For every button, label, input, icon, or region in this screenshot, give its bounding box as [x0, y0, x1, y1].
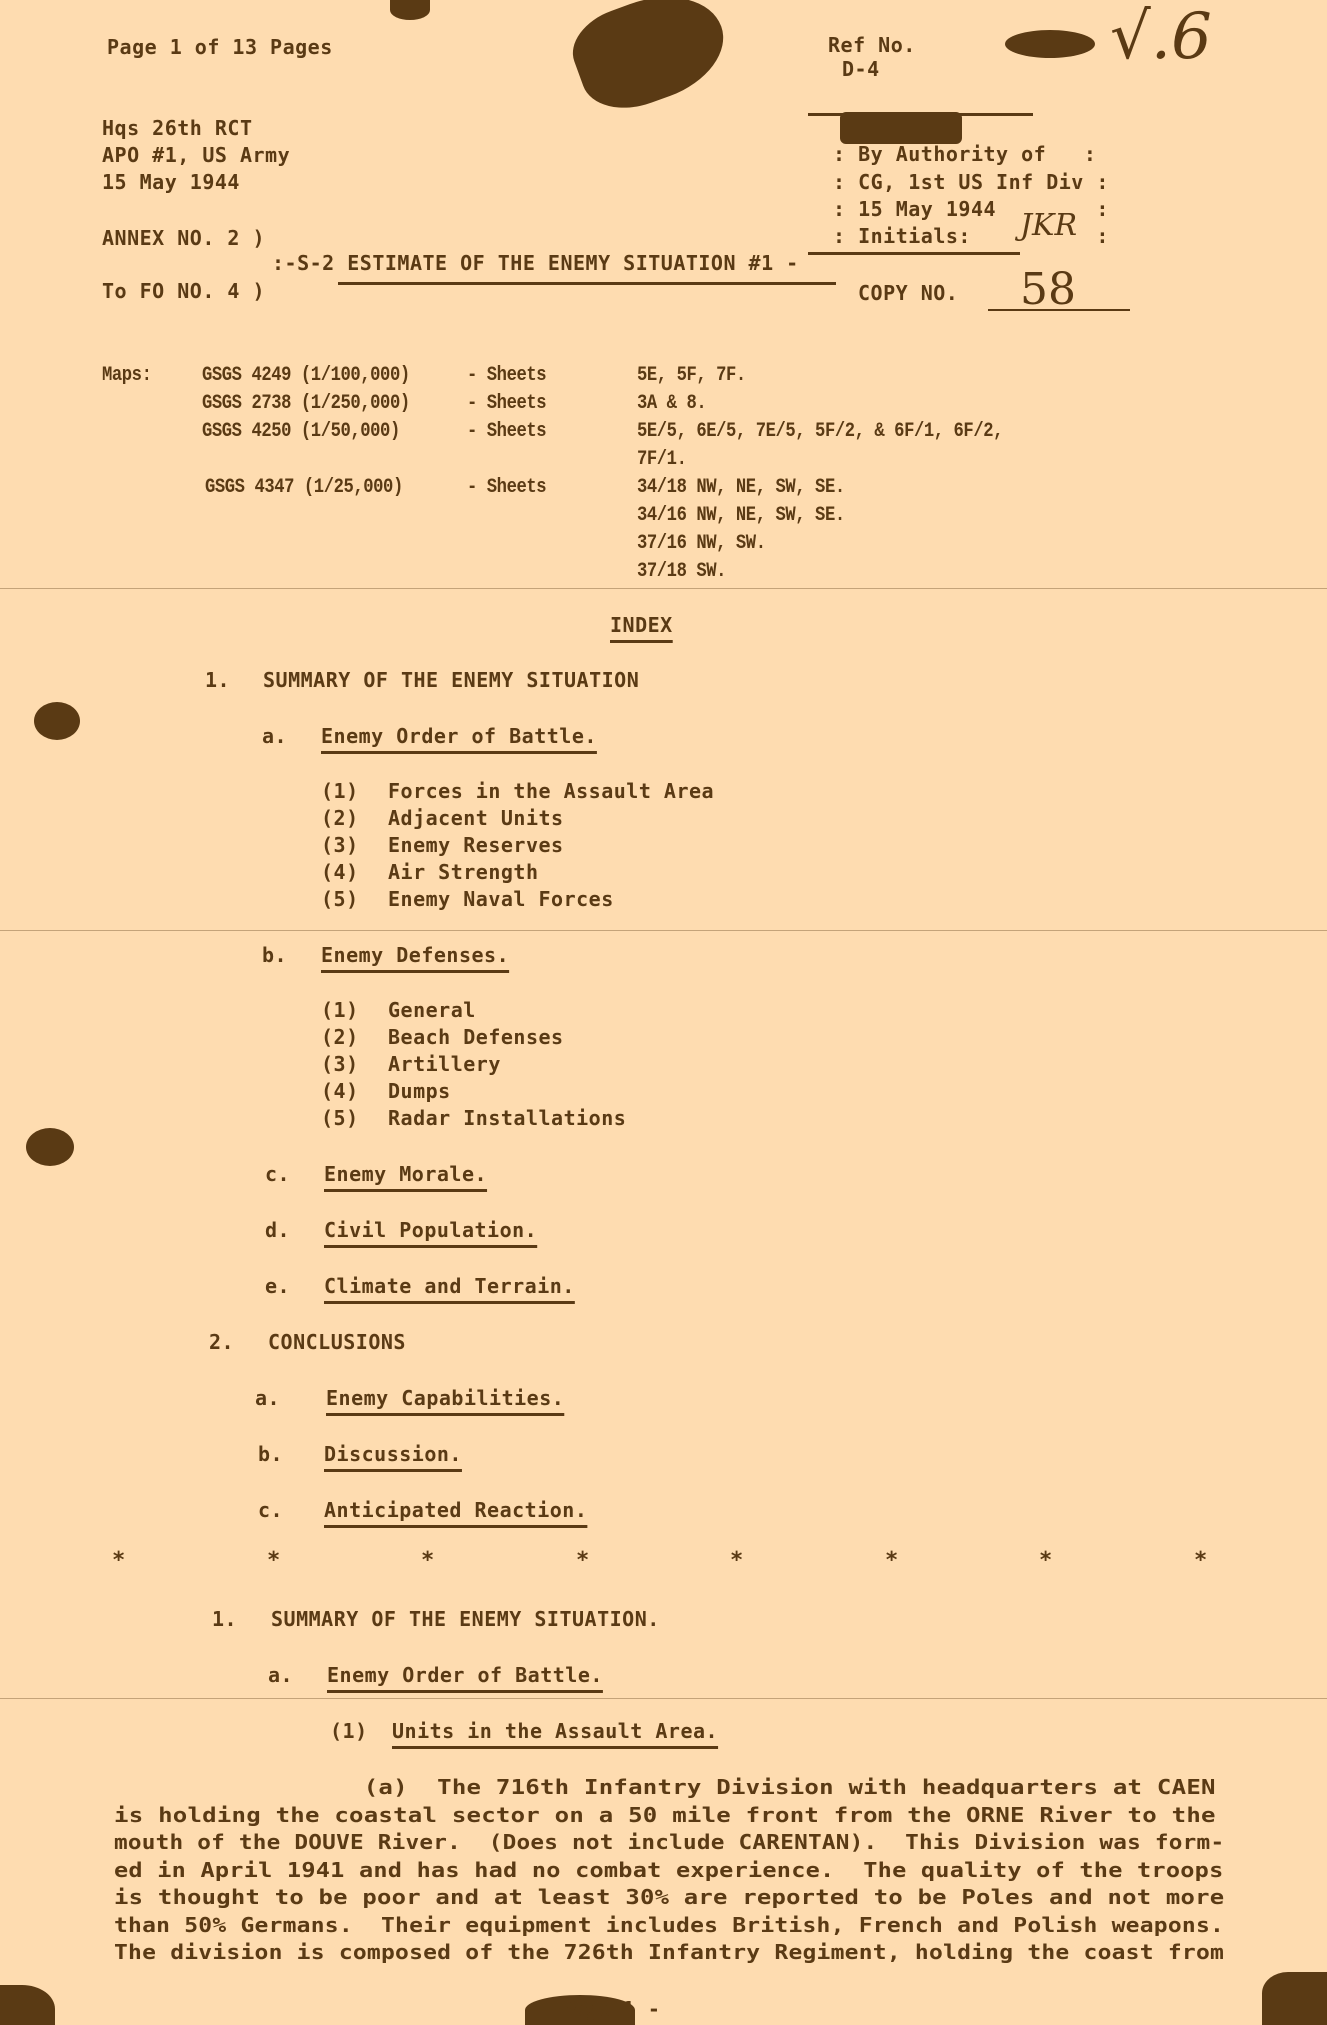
index-section-title: SUMMARY OF THE ENEMY SITUATION — [263, 667, 639, 694]
page-footer: - Page 1 - — [535, 1996, 660, 2023]
index-subsection-letter: d. — [265, 1217, 290, 1244]
authority-line-2: : CG, 1st US Inf Div : — [833, 169, 1109, 196]
page-count: Page 1 of 13 Pages — [107, 34, 333, 61]
index-item[interactable]: Artillery — [388, 1051, 501, 1078]
index-link-enemy-defenses[interactable]: Enemy Defenses. — [321, 942, 509, 969]
index-subsection-letter: b. — [258, 1441, 283, 1468]
separator-asterisk: * — [885, 1548, 898, 1573]
map-sheets: 3A & 8. — [637, 390, 706, 417]
index-item-number: (3) — [321, 832, 359, 859]
index-link-enemy-capabilities[interactable]: Enemy Capabilities. — [326, 1385, 564, 1412]
map-series: GSGS 4250 (1/50,000) — [202, 418, 410, 445]
index-item-number: (4) — [321, 859, 359, 886]
hq-line-1: Hqs 26th RCT — [102, 115, 253, 142]
index-item[interactable]: Radar Installations — [388, 1105, 626, 1132]
separator-asterisk: * — [421, 1548, 434, 1573]
separator-asterisk: * — [576, 1548, 589, 1573]
punch-hole-2 — [26, 1128, 74, 1166]
separator-asterisk: * — [1194, 1548, 1207, 1573]
ref-label: Ref No. — [828, 32, 916, 59]
map-sheets: 5E, 5F, 7F. — [637, 362, 746, 389]
map-sheets: 34/16 NW, NE, SW, SE. — [637, 502, 845, 529]
authority-line-1: : By Authority of : — [833, 141, 1096, 168]
index-item-number: (2) — [321, 805, 359, 832]
index-item[interactable]: Enemy Reserves — [388, 832, 564, 859]
index-item-number: (1) — [321, 997, 359, 1024]
title-underline — [338, 282, 836, 285]
map-series: GSGS 4347 (1/25,000) — [205, 474, 413, 501]
index-subsection-letter: a. — [262, 723, 287, 750]
index-item-number: (3) — [321, 1051, 359, 1078]
ink-blot-bottom-right — [1262, 1972, 1327, 2025]
index-link-discussion[interactable]: Discussion. — [324, 1441, 462, 1468]
body-item-number: (1) — [330, 1718, 368, 1745]
copy-number-handwritten: 58 — [1020, 264, 1076, 315]
document-title: :-S-2 ESTIMATE OF THE ENEMY SITUATION #1… — [272, 250, 799, 277]
scan-line — [0, 930, 1327, 931]
index-link-climate-terrain[interactable]: Climate and Terrain. — [324, 1273, 575, 1300]
maps-label: Maps: — [102, 362, 151, 389]
body-section-title: SUMMARY OF THE ENEMY SITUATION. — [271, 1606, 660, 1633]
index-title: INDEX — [610, 612, 673, 639]
ink-blot-bottom-left — [0, 1985, 55, 2025]
index-item-number: (2) — [321, 1024, 359, 1051]
copy-underline — [988, 309, 1130, 311]
ref-value: D-4 — [842, 56, 880, 83]
paragraph-line: than 50% Germans. Their equipment includ… — [114, 1912, 1224, 1940]
copy-label: COPY NO. — [858, 280, 958, 307]
map-sheets-label: - Sheets — [467, 390, 546, 417]
paragraph-line: mouth of the DOUVE River. (Does not incl… — [114, 1829, 1224, 1857]
separator-asterisk: * — [112, 1548, 125, 1573]
paragraph-line: The division is composed of the 726th In… — [114, 1939, 1224, 1967]
map-sheets: 37/16 NW, SW. — [637, 530, 766, 557]
index-link-civil-population[interactable]: Civil Population. — [324, 1217, 537, 1244]
fo-number: To FO NO. 4 ) — [102, 278, 265, 305]
index-subsection-letter: b. — [262, 942, 287, 969]
paragraph-line: ed in April 1941 and has had no combat e… — [114, 1857, 1223, 1885]
map-sheets: 7F/1. — [637, 446, 686, 473]
annex-number: ANNEX NO. 2 ) — [102, 225, 265, 252]
body-subsection-letter: a. — [268, 1662, 293, 1689]
hq-line-2: APO #1, US Army — [102, 142, 290, 169]
index-item[interactable]: Adjacent Units — [388, 805, 564, 832]
index-subsection-letter: a. — [255, 1385, 280, 1412]
paragraph-line: is holding the coastal sector on a 50 mi… — [114, 1802, 1216, 1830]
index-link-enemy-morale[interactable]: Enemy Morale. — [324, 1161, 487, 1188]
initials-handwritten: JKR — [1020, 208, 1077, 243]
map-series: GSGS 4249 (1/100,000) — [202, 362, 410, 389]
index-item[interactable]: Dumps — [388, 1078, 451, 1105]
index-item-number: (1) — [321, 778, 359, 805]
hq-line-3: 15 May 1944 — [102, 169, 240, 196]
ink-blot-top-small — [390, 0, 430, 20]
paragraph-line: (a) The 716th Infantry Division with hea… — [114, 1774, 1216, 1802]
index-section-number: 1. — [205, 667, 230, 694]
index-item[interactable]: General — [388, 997, 476, 1024]
map-sheets-label: - Sheets — [467, 362, 546, 389]
index-item[interactable]: Beach Defenses — [388, 1024, 564, 1051]
paragraph-line: is thought to be poor and at least 30% a… — [114, 1884, 1224, 1912]
index-link-anticipated-reaction[interactable]: Anticipated Reaction. — [324, 1497, 587, 1524]
authority-box-top-rule — [808, 113, 1033, 116]
scan-line — [0, 1698, 1327, 1699]
body-subsection-title: Enemy Order of Battle. — [327, 1662, 603, 1689]
redaction-classification — [840, 112, 962, 144]
body-section-number: 1. — [212, 1606, 237, 1633]
margin-check-annotation: √.6 — [1110, 0, 1212, 74]
index-link-order-of-battle[interactable]: Enemy Order of Battle. — [321, 723, 597, 750]
map-sheets: 34/18 NW, NE, SW, SE. — [637, 474, 845, 501]
redaction-mark — [1005, 30, 1095, 58]
index-subsection-letter: c. — [258, 1497, 283, 1524]
separator-asterisk: * — [1039, 1548, 1052, 1573]
authority-box-bottom-rule — [808, 252, 1020, 255]
separator-asterisk: * — [267, 1548, 280, 1573]
index-section-number: 2. — [209, 1329, 234, 1356]
map-sheets: 5E/5, 6E/5, 7E/5, 5F/2, & 6F/1, 6F/2, — [637, 418, 1003, 445]
map-sheets-label: - Sheets — [467, 418, 546, 445]
separator-asterisk: * — [730, 1548, 743, 1573]
index-item-number: (4) — [321, 1078, 359, 1105]
index-item-number: (5) — [321, 1105, 359, 1132]
index-item-number: (5) — [321, 886, 359, 913]
punch-hole-1 — [34, 702, 80, 740]
map-sheets-label: - Sheets — [467, 474, 546, 501]
body-item-title: Units in the Assault Area. — [392, 1718, 718, 1745]
index-section-title: CONCLUSIONS — [268, 1329, 406, 1356]
map-sheets: 37/18 SW. — [637, 558, 726, 585]
index-item[interactable]: Air Strength — [388, 859, 539, 886]
index-item[interactable]: Enemy Naval Forces — [388, 886, 614, 913]
index-subsection-letter: e. — [265, 1273, 290, 1300]
index-item[interactable]: Forces in the Assault Area — [388, 778, 714, 805]
ink-blot-top — [562, 0, 737, 123]
map-series: GSGS 2738 (1/250,000) — [202, 390, 410, 417]
index-subsection-letter: c. — [265, 1161, 290, 1188]
scan-line — [0, 588, 1327, 589]
